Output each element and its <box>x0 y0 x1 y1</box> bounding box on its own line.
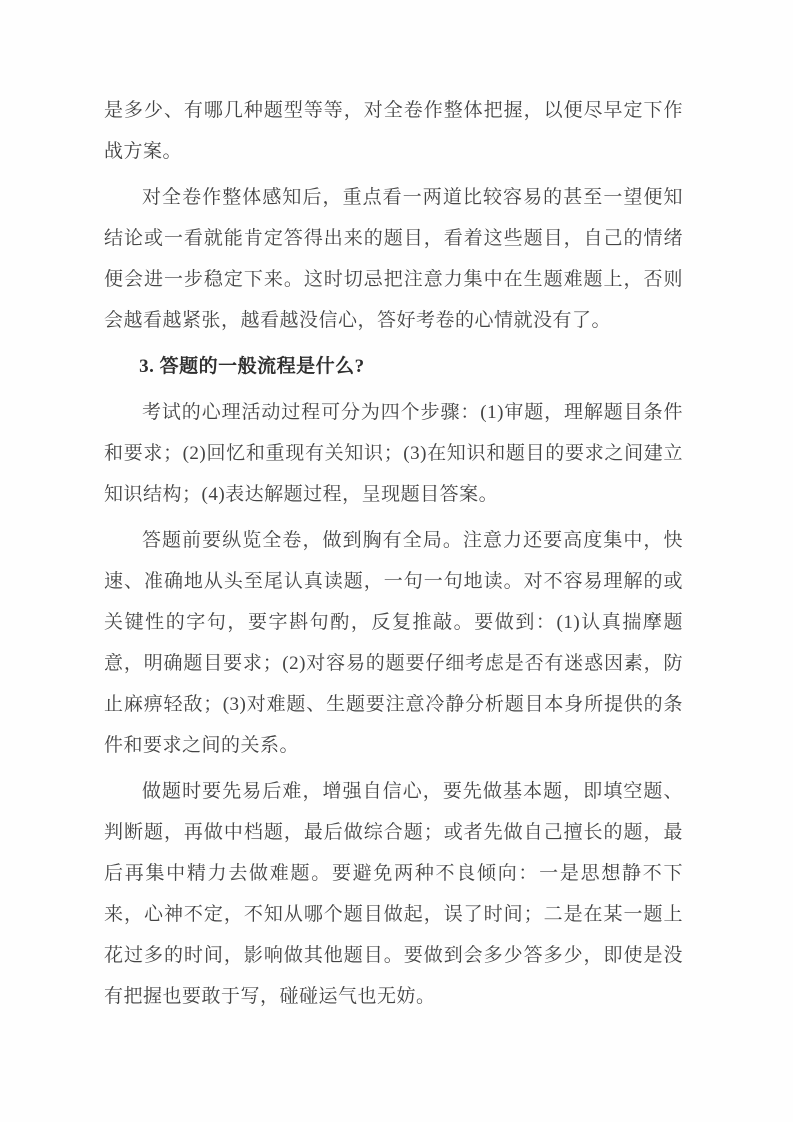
paragraph-overview: 对全卷作整体感知后，重点看一两道比较容易的甚至一望便知结论或一看就能肯定答得出来… <box>104 177 683 341</box>
document-canvas: 是多少、有哪几种题型等等，对全卷作整体把握，以便尽早定下作战方案。 对全卷作整体… <box>0 0 793 1122</box>
paragraph-continuation: 是多少、有哪几种题型等等，对全卷作整体把握，以便尽早定下作战方案。 <box>104 90 683 172</box>
paragraph-easy-first: 做题时要先易后难，增强自信心，要先做基本题，即填空题、判断题，再做中档题，最后做… <box>104 771 683 1017</box>
document-page: 是多少、有哪几种题型等等，对全卷作整体把握，以便尽早定下作战方案。 对全卷作整体… <box>104 90 683 1022</box>
paragraph-four-steps: 考试的心理活动过程可分为四个步骤：(1)审题，理解题目条件和要求；(2)回忆和重… <box>104 392 683 515</box>
paragraph-reading-questions: 答题前要纵览全卷，做到胸有全局。注意力还要高度集中，快速、准确地从头至尾认真读题… <box>104 520 683 766</box>
section-heading: 3. 答题的一般流程是什么? <box>104 346 683 387</box>
